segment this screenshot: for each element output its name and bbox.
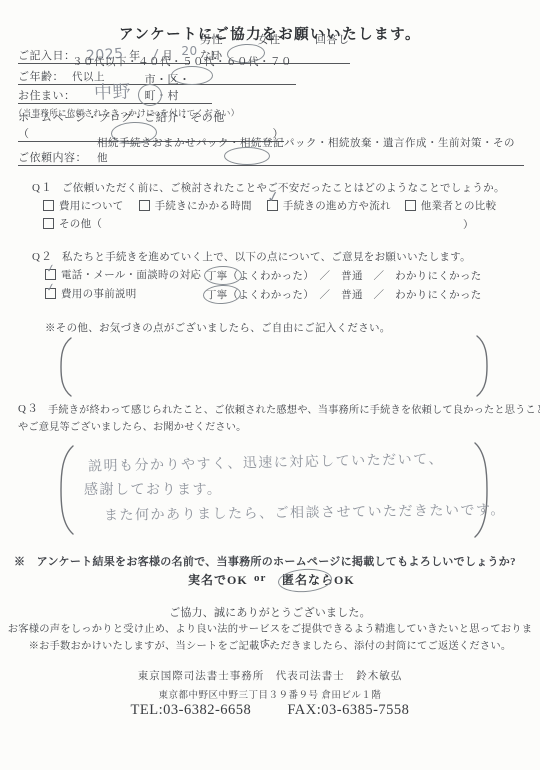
q2-rating-fees: 丁寧（よくわかった） ／ 普通 ／ わかりにくかった <box>206 287 482 302</box>
q3-question-line1: 手続きが終わって感じられたこと、ご依頼された感想や、当事務所に手続きを依頼して良… <box>48 401 540 416</box>
residence-row: お住まい：中野市・区・町・村 <box>18 85 212 104</box>
q1-checkbox-2: ✓ <box>267 199 278 213</box>
residence-label: お住まい： <box>18 87 76 103</box>
check-icon: ✓ <box>45 262 56 274</box>
check-icon: ✓ <box>266 188 281 205</box>
bracket-right-icon <box>472 441 490 539</box>
q1-other-close-paren: ） <box>463 217 474 232</box>
q1-option-4-label: その他（ <box>59 216 102 231</box>
q2-row-fees: ✓ 費用の事前説明 <box>45 286 137 301</box>
request-row: ご依頼内容： 相続手続きおまかせパック・相続登記パック・相続放棄・遺言作成・生前… <box>18 147 524 166</box>
closing-thanks: ご協力、誠にありがとうございました。 <box>0 604 540 620</box>
q2-question: 私たちと手続きを進めていく上で、以下の点について、ご意見をお願いいたします。 <box>62 249 471 264</box>
bracket-right-icon <box>474 334 490 398</box>
publish-question: ※ アンケート結果をお客様の名前で、当事務所のホームページに掲載してもよろしいで… <box>14 553 516 569</box>
residence-handwriting: 中野 <box>93 77 131 104</box>
circle-mark-registry-pack <box>224 147 270 165</box>
checkbox-icon <box>43 200 54 211</box>
q1-label: Q１ <box>32 179 53 195</box>
office-name: 東京国際司法書士事務所 代表司法書士 鈴木敏弘 <box>0 668 540 683</box>
q1-checkbox-1: ✓ <box>139 199 150 213</box>
q2-row-contact-label: 電話・メール・面談時の対応 <box>61 267 201 282</box>
age-label: ご年齢： <box>18 68 64 84</box>
circle-mark-polite-1 <box>204 266 242 285</box>
office-address: 東京都中野区中野三丁目３９番９号 倉田ビル１階 <box>0 687 540 701</box>
bracket-left-icon <box>58 336 74 398</box>
q3-answer-line-1: 説明も分かりやすく、迅速に対応していただいて、 <box>88 448 444 475</box>
q1-checkbox-4: ✓ <box>43 217 54 231</box>
q1-option-2-label: 手続きの進め方や流れ <box>283 198 391 213</box>
date-label: ご記入日： <box>18 47 76 63</box>
checkbox-icon <box>405 200 416 211</box>
q2-row-fees-label: 費用の事前説明 <box>61 286 137 301</box>
q2-rating-contact: 丁寧（よくわかった） ／ 普通 ／ わかりにくかった <box>206 268 482 283</box>
checkbox-icon <box>43 218 54 229</box>
q1-options-row: ✓ 費用について ✓ 手続きにかかる時間 ✓ 手続きの進め方や流れ ✓ 他業者と… <box>43 198 496 213</box>
request-label: ご依頼内容： <box>18 149 87 165</box>
check-icon: ✓ <box>45 281 56 293</box>
q1-option-1-label: 手続きにかかる時間 <box>155 198 252 213</box>
q1-question: ご依頼いただく前に、ご検討されたことやご不安だったことはどのようなことでしょうか… <box>62 180 505 195</box>
q3-answer-line-3: また何かありましたら、ご相談させていただきたいです。 <box>104 499 506 525</box>
q3-question-line2: やご意見等ございましたら、お聞かせください。 <box>18 418 247 433</box>
checkbox-icon <box>139 200 150 211</box>
publish-real-name-option: 実名でOK <box>188 571 248 588</box>
request-options: 相続手続きおまかせパック・相続登記パック・相続放棄・遺言作成・生前対策・その他 <box>97 135 524 165</box>
q3-answer-line-2: 感謝しております。 <box>84 479 222 499</box>
q1-option-0-label: 費用について <box>59 198 124 213</box>
office-contact: TEL:03-6382-6658FAX:03-6385-7558 <box>0 702 540 719</box>
q1-checkbox-0: ✓ <box>43 199 54 213</box>
office-fax: FAX:03-6385-7558 <box>287 702 409 718</box>
office-tel: TEL:03-6382-6658 <box>131 702 252 718</box>
publish-or: or <box>254 572 266 584</box>
q1-checkbox-3: ✓ <box>405 199 416 213</box>
bracket-left-icon <box>58 444 76 536</box>
q3-label: Q３ <box>18 400 39 416</box>
survey-sheet: アンケートにご協力をお願いいたします。 ご記入日：2025年/月20日 男性 ・… <box>0 0 540 770</box>
closing-return-note: ※お手数おかけいたしますが、当シートをご記載いただきましたら、添付の封筒にてご返… <box>0 637 540 652</box>
q1-option-3-label: 他業者との比較 <box>421 198 497 213</box>
q1-other-row: ✓ その他（ <box>43 216 102 231</box>
q2-free-note: ※その他、お気づきの点がございましたら、ご自由にご記入ください。 <box>45 320 391 335</box>
q2-checkbox-fees: ✓ <box>45 287 56 301</box>
circle-mark-ward <box>138 84 162 106</box>
q2-row-contact: ✓ 電話・メール・面談時の対応 <box>45 267 201 282</box>
